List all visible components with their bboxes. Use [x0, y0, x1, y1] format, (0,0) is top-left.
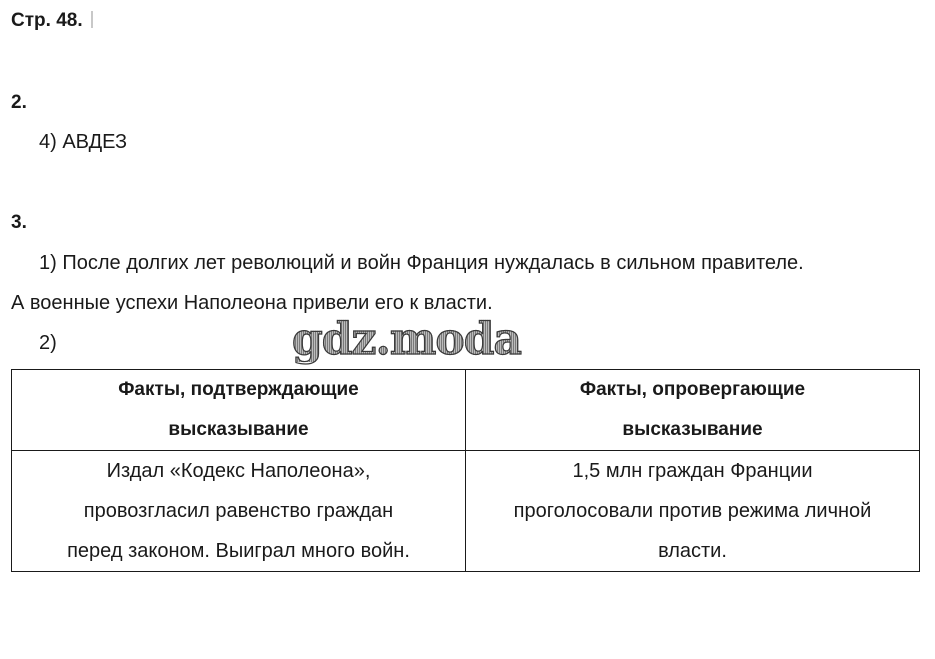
facts-table: Факты, подтверждающие высказывание Факты…	[11, 369, 920, 572]
text-cursor-mark	[91, 11, 93, 28]
task-3-number: 3.	[11, 212, 27, 234]
table-header-row: Факты, подтверждающие высказывание Факты…	[12, 370, 920, 451]
task-3-part1-line2: А военные успехи Наполеона привели его к…	[11, 292, 493, 315]
table-row: Издал «Кодекс Наполеона», провозгласил р…	[12, 451, 920, 572]
header-refuting-facts: Факты, опровергающие высказывание	[466, 370, 920, 451]
task-2-number: 2.	[11, 92, 27, 114]
page-header: Стр. 48.	[11, 10, 93, 32]
task-2-answer: 4) АВДЕЗ	[39, 131, 127, 154]
cell-refuting-facts: 1,5 млн граждан Франции проголосовали пр…	[466, 451, 920, 572]
header-confirming-facts: Факты, подтверждающие высказывание	[12, 370, 466, 451]
page-number-label: Стр. 48.	[11, 10, 83, 31]
task-3-part1-line1: 1) После долгих лет революций и войн Фра…	[39, 252, 804, 275]
watermark-logo: gdz.moda	[292, 318, 521, 362]
task-3-part2-label: 2)	[39, 332, 57, 355]
cell-confirming-facts: Издал «Кодекс Наполеона», провозгласил р…	[12, 451, 466, 572]
